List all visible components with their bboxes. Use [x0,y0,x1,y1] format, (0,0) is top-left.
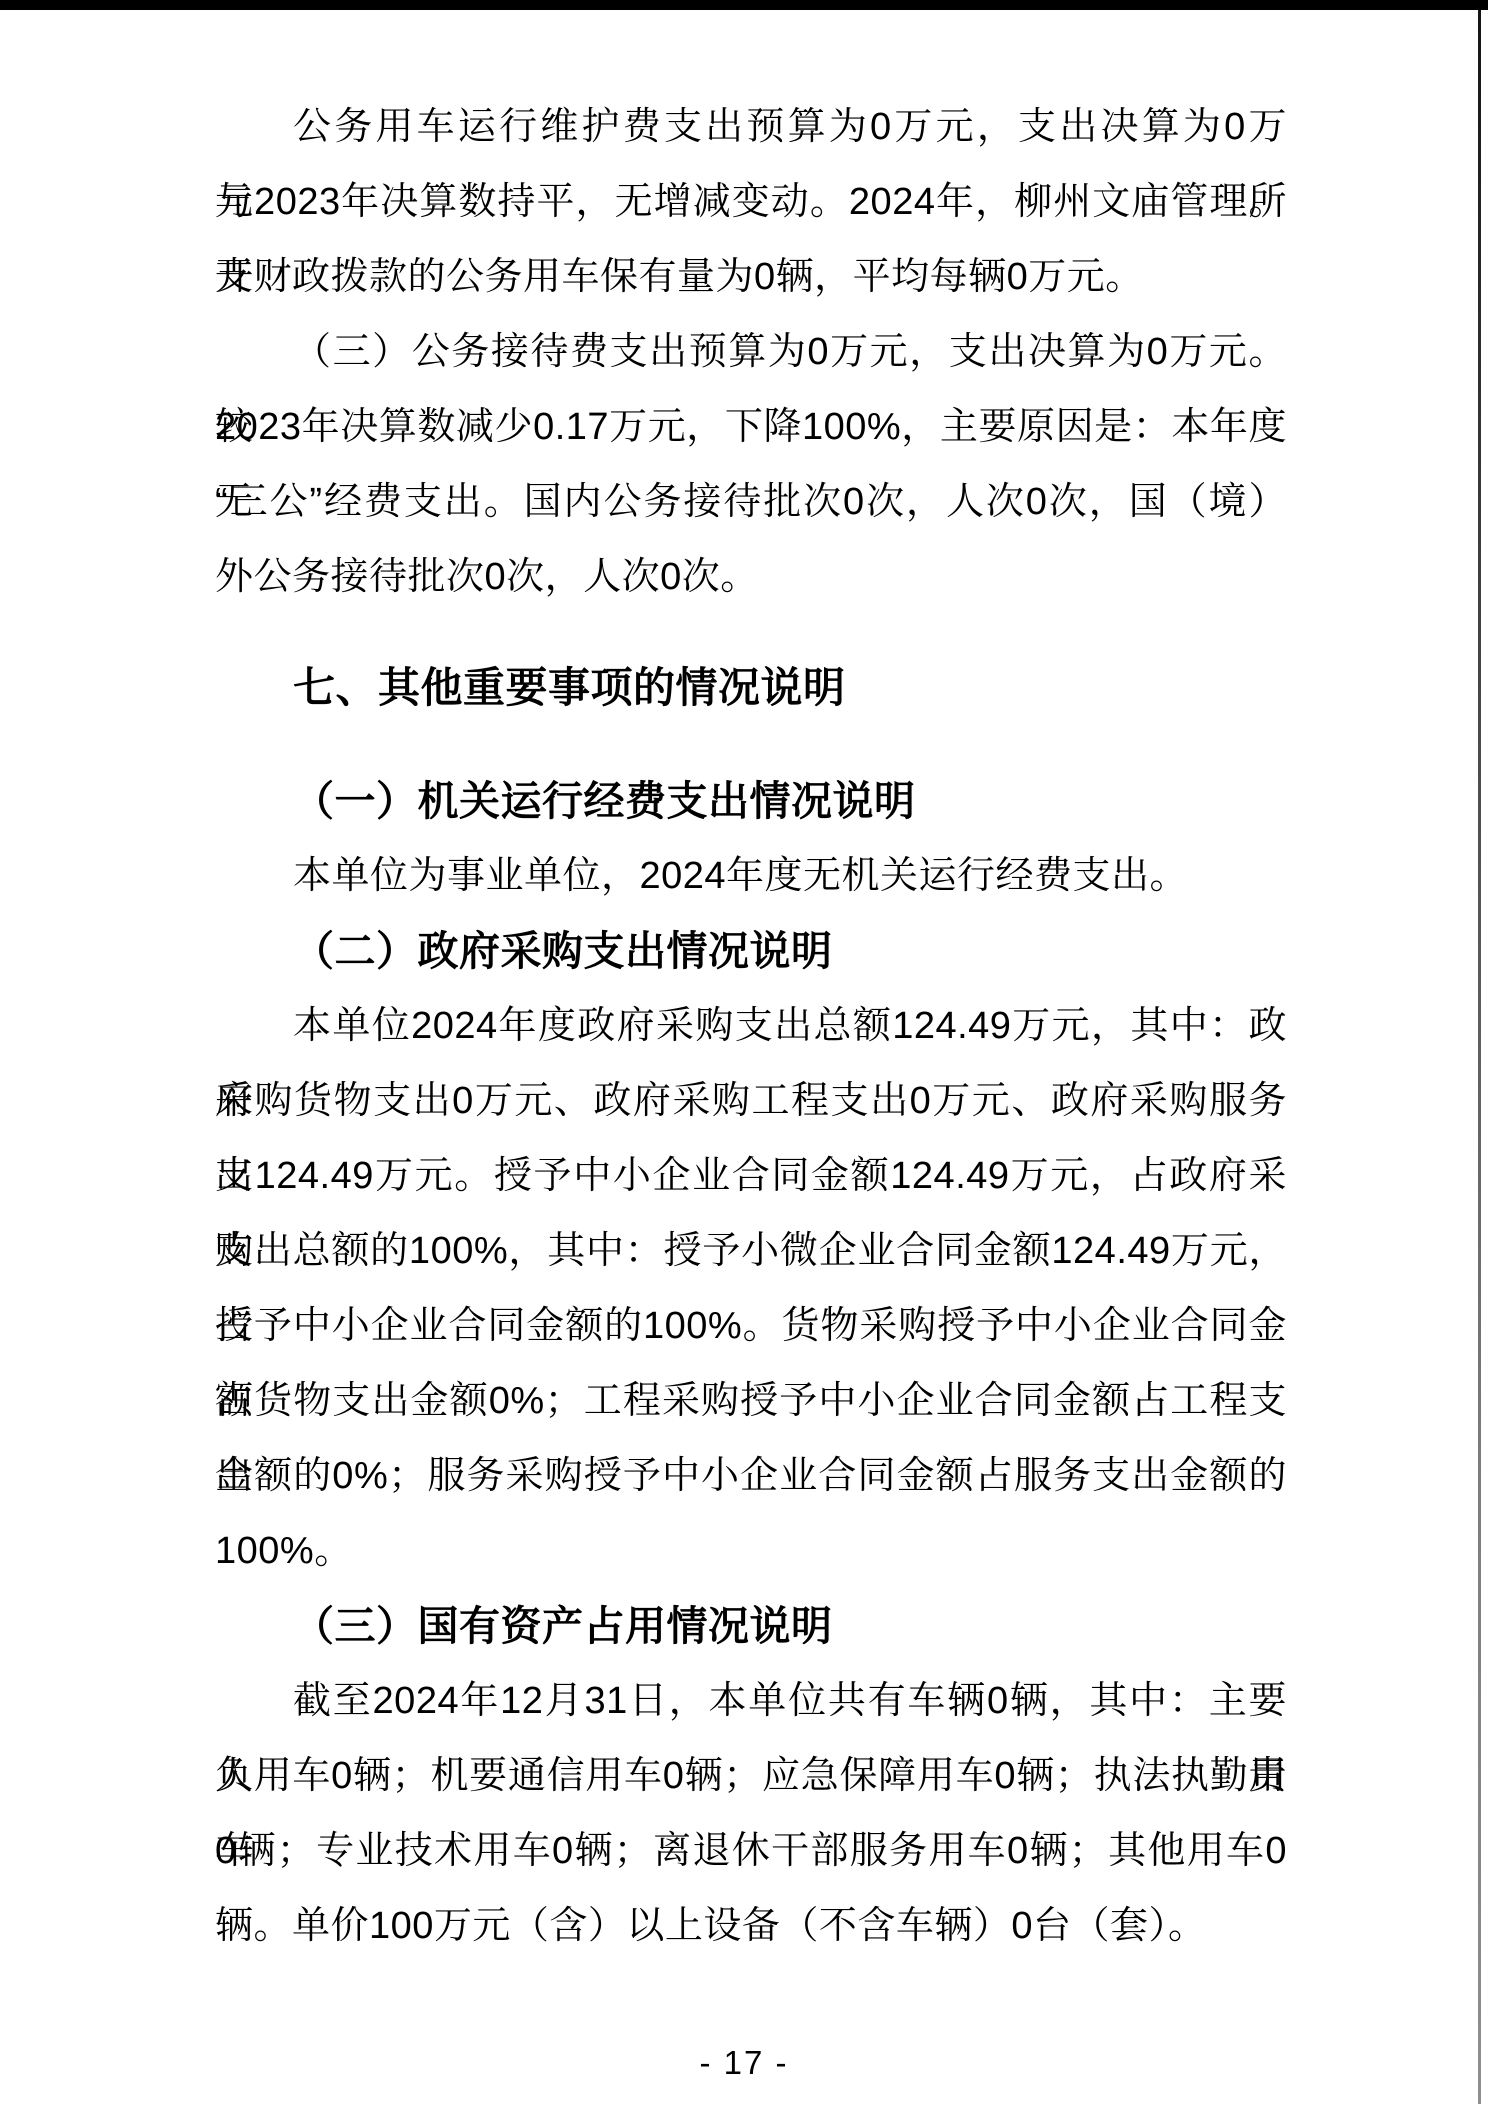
subsection-heading-3: （三）国有资产占用情况说明 [215,1589,1287,1664]
subsection-heading-1: （一）机关运行经费支出情况说明 [215,764,1287,839]
page-number: - 17 - [0,2037,1488,2089]
paragraph-line: 外公务接待批次0次，人次0次。 [215,540,1287,615]
text-column: 公务用车运行维护费支出预算为0万元，支出决算为0万元。 与2023年决算数持平，… [215,90,1287,1964]
paragraph-line: 2023年决算数减少0.17万元，下降100%，主要原因是：本年度无 [215,390,1287,465]
paragraph-line: 授予中小企业合同金额的100%。货物采购授予中小企业合同金额 [215,1289,1287,1364]
paragraph-line: 出124.49万元。授予中小企业合同金额124.49万元，占政府采购 [215,1139,1287,1214]
paragraph-line: 100%。 [215,1514,1287,1589]
paragraph-line: 与2023年决算数持平，无增减变动。2024年，柳州文庙管理所开 [215,165,1287,240]
paragraph-line: （三）公务接待费支出预算为0万元，支出决算为0万元。较 [215,315,1287,390]
paragraph-line: 截至2024年12月31日，本单位共有车辆0辆，其中：主要负责 [215,1664,1287,1739]
paragraph-line: 0辆；专业技术用车0辆；离退休干部服务用车0辆；其他用车0 [215,1814,1287,1889]
paragraph-line: 公务用车运行维护费支出预算为0万元，支出决算为0万元。 [215,90,1287,165]
section-heading-seven: 七、其他重要事项的情况说明 [215,650,1287,725]
paragraph-line: 辆。单价100万元（含）以上设备（不含车辆）0台（套）。 [215,1889,1287,1964]
paragraph-line: 采购货物支出0万元、政府采购工程支出0万元、政府采购服务支 [215,1064,1287,1139]
paragraph-line: 占货物支出金额0%；工程采购授予中小企业合同金额占工程支出 [215,1364,1287,1439]
paragraph-line: 人用车0辆；机要通信用车0辆；应急保障用车0辆；执法执勤用车 [215,1739,1287,1814]
scan-edge-right-line [1478,10,1481,2104]
paragraph-line: 支出总额的100%，其中：授予小微企业合同金额124.49万元，占 [215,1214,1287,1289]
document-page: 公务用车运行维护费支出预算为0万元，支出决算为0万元。 与2023年决算数持平，… [0,0,1488,2104]
paragraph-line: 本单位为事业单位，2024年度无机关运行经费支出。 [215,839,1287,914]
subsection-heading-2: （二）政府采购支出情况说明 [215,914,1287,989]
scan-edge-top-bar [0,0,1488,10]
paragraph-line: 本单位2024年度政府采购支出总额124.49万元，其中：政府 [215,989,1287,1064]
paragraph-line: 支财政拨款的公务用车保有量为0辆，平均每辆0万元。 [215,240,1287,315]
paragraph-line: 金额的0%；服务采购授予中小企业合同金额占服务支出金额的 [215,1439,1287,1514]
paragraph-line: “三公”经费支出。国内公务接待批次0次，人次0次，国（境） [215,465,1287,540]
